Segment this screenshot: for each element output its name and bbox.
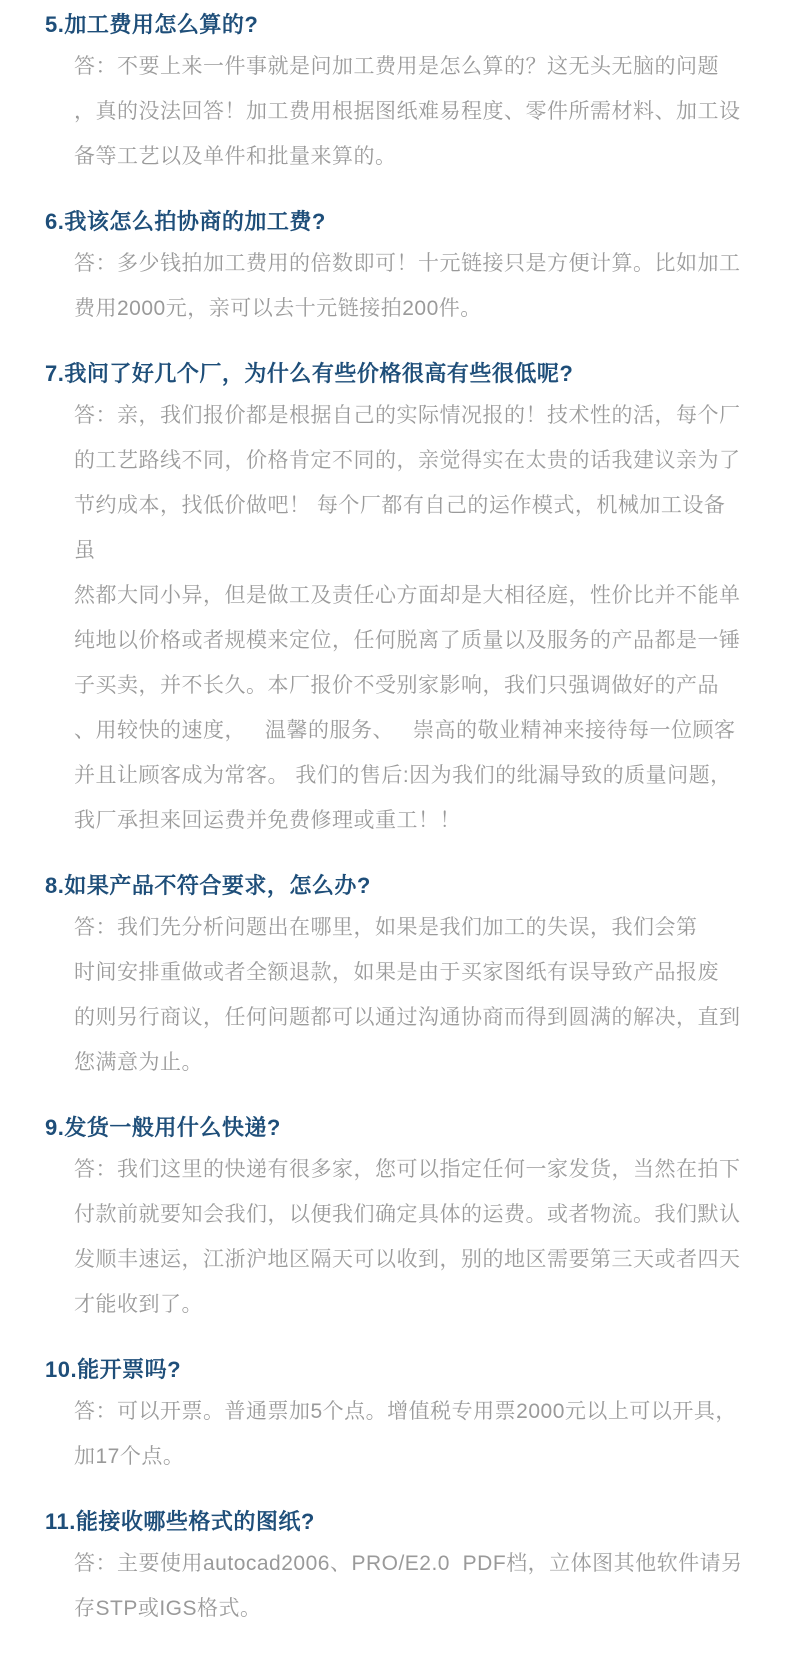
faq-answer-line: 答：我们先分析问题出在哪里，如果是我们加工的失误，我们会第 [74,905,745,950]
faq-item: 11.能接收哪些格式的图纸? 答：主要使用autocad2006、PRO/E2.… [0,1507,800,1631]
faq-answer-line: 答：多少钱拍加工费用的倍数即可！十元链接只是方便计算。比如加工 [74,241,745,286]
faq-question-text: 我该怎么拍协商的加工费? [64,209,325,234]
faq-answer-line: 的则另行商议，任何问题都可以通过沟通协商而得到圆满的解决，直到 [74,995,745,1040]
faq-answer-line: 付款前就要知会我们，以便我们确定具体的运费。或者物流。我们默认 [74,1192,745,1237]
faq-question-number: 6. [45,209,64,234]
faq-answer-line: 然都大同小异，但是做工及责任心方面却是大相径庭，性价比并不能单 [74,573,745,618]
faq-list: 5.加工费用怎么算的? 答：不要上来一件事就是问加工费用是怎么算的？这无头无脑的… [0,10,800,1631]
faq-item: 8.如果产品不符合要求，怎么办? 答：我们先分析问题出在哪里，如果是我们加工的失… [0,871,800,1085]
faq-answer-line: 时间安排重做或者全额退款，如果是由于买家图纸有误导致产品报废 [74,950,745,995]
faq-answer-line: 、用较快的速度， 温馨的服务、 崇高的敬业精神来接待每一位顾客 [74,708,745,753]
faq-question-text: 我问了好几个厂，为什么有些价格很高有些很低呢? [64,361,573,386]
faq-answer-line: ，真的没法回答！加工费用根据图纸难易程度、零件所需材料、加工设 [74,89,745,134]
faq-item: 9.发货一般用什么快递? 答：我们这里的快递有很多家，您可以指定任何一家发货，当… [0,1113,800,1327]
faq-answer-line: 答：可以开票。普通票加5个点。增值税专用票2000元以上可以开具， [74,1389,745,1434]
faq-answer-line: 才能收到了。 [74,1282,745,1327]
faq-answer-line: 纯地以价格或者规模来定位，任何脱离了质量以及服务的产品都是一锤 [74,618,745,663]
faq-answer: 答：我们这里的快递有很多家，您可以指定任何一家发货，当然在拍下付款前就要知会我们… [0,1147,800,1327]
faq-answer: 答：亲，我们报价都是根据自己的实际情况报的！技术性的活，每个厂的工艺路线不同，价… [0,393,800,843]
faq-answer-line: 您满意为止。 [74,1040,745,1085]
faq-answer: 答：可以开票。普通票加5个点。增值税专用票2000元以上可以开具，加17个点。 [0,1389,800,1479]
faq-question: 7.我问了好几个厂，为什么有些价格很高有些很低呢? [0,359,800,389]
faq-question-text: 发货一般用什么快递? [64,1115,280,1140]
faq-question-text: 能接收哪些格式的图纸? [76,1509,315,1534]
faq-answer-line: 加17个点。 [74,1434,745,1479]
faq-question-text: 加工费用怎么算的? [64,12,258,37]
faq-answer: 答：主要使用autocad2006、PRO/E2.0 PDF档，立体图其他软件请… [0,1541,800,1631]
faq-question: 5.加工费用怎么算的? [0,10,800,40]
faq-question-text: 能开票吗? [77,1357,181,1382]
faq-question-number: 7. [45,361,64,386]
faq-answer-line: 答：我们这里的快递有很多家，您可以指定任何一家发货，当然在拍下 [74,1147,745,1192]
faq-answer-line: 我厂承担来回运费并免费修理或重工！！ [74,798,745,843]
faq-answer-line: 答：主要使用autocad2006、PRO/E2.0 PDF档，立体图其他软件请… [74,1541,745,1586]
faq-answer-line: 并且让顾客成为常客。 我们的售后:因为我们的纰漏导致的质量问题， [74,753,745,798]
faq-question: 9.发货一般用什么快递? [0,1113,800,1143]
faq-item: 6.我该怎么拍协商的加工费? 答：多少钱拍加工费用的倍数即可！十元链接只是方便计… [0,207,800,331]
faq-question-text: 如果产品不符合要求，怎么办? [64,873,370,898]
faq-question-number: 10. [45,1357,77,1382]
faq-answer-line: 答：不要上来一件事就是问加工费用是怎么算的？这无头无脑的问题 [74,44,745,89]
faq-question-number: 8. [45,873,64,898]
faq-question: 6.我该怎么拍协商的加工费? [0,207,800,237]
faq-answer-line: 的工艺路线不同，价格肯定不同的，亲觉得实在太贵的话我建议亲为了 [74,438,745,483]
faq-question: 8.如果产品不符合要求，怎么办? [0,871,800,901]
faq-answer: 答：多少钱拍加工费用的倍数即可！十元链接只是方便计算。比如加工费用2000元，亲… [0,241,800,331]
faq-question: 10.能开票吗? [0,1355,800,1385]
faq-question: 11.能接收哪些格式的图纸? [0,1507,800,1537]
faq-item: 10.能开票吗? 答：可以开票。普通票加5个点。增值税专用票2000元以上可以开… [0,1355,800,1479]
faq-page: 5.加工费用怎么算的? 答：不要上来一件事就是问加工费用是怎么算的？这无头无脑的… [0,0,800,1667]
faq-item: 5.加工费用怎么算的? 答：不要上来一件事就是问加工费用是怎么算的？这无头无脑的… [0,10,800,179]
faq-question-number: 9. [45,1115,64,1140]
faq-answer-line: 存STP或IGS格式。 [74,1586,745,1631]
faq-answer-line: 节约成本，找低价做吧！ 每个厂都有自己的运作模式，机械加工设备虽 [74,483,745,573]
faq-answer: 答：我们先分析问题出在哪里，如果是我们加工的失误，我们会第时间安排重做或者全额退… [0,905,800,1085]
faq-question-number: 5. [45,12,64,37]
faq-answer-line: 子买卖，并不长久。本厂报价不受别家影响，我们只强调做好的产品 [74,663,745,708]
faq-question-number: 11. [45,1509,76,1534]
faq-answer: 答：不要上来一件事就是问加工费用是怎么算的？这无头无脑的问题，真的没法回答！加工… [0,44,800,179]
faq-item: 7.我问了好几个厂，为什么有些价格很高有些很低呢? 答：亲，我们报价都是根据自己… [0,359,800,843]
faq-answer-line: 发顺丰速运，江浙沪地区隔天可以收到，别的地区需要第三天或者四天 [74,1237,745,1282]
faq-answer-line: 备等工艺以及单件和批量来算的。 [74,134,745,179]
faq-answer-line: 答：亲，我们报价都是根据自己的实际情况报的！技术性的活，每个厂 [74,393,745,438]
faq-answer-line: 费用2000元，亲可以去十元链接拍200件。 [74,286,745,331]
